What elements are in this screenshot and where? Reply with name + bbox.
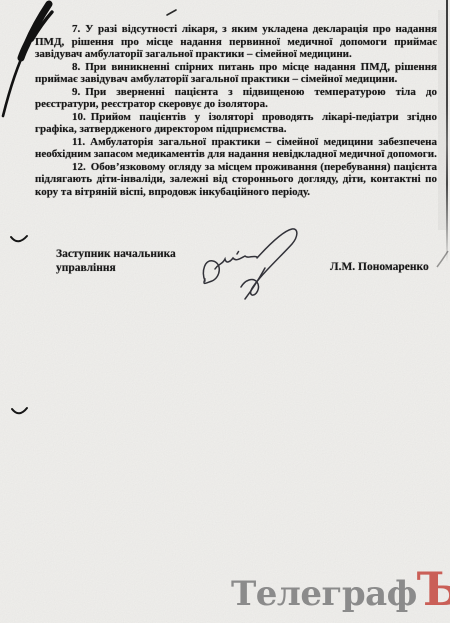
watermark-gray-text: Телеграф [231,574,417,614]
paragraph-number: 11. [72,136,85,148]
stray-dash-mark [167,10,176,15]
paragraph-10: 10.Прийом пацієнтів у ізоляторі проводят… [35,111,437,136]
paragraph-number: 7. [72,23,80,35]
signer-name: Л.М. Пономаренко [330,261,442,273]
scan-edge-line [446,0,448,262]
paragraph-text: У разі відсутності лікаря, з яким укладе… [35,23,437,60]
watermark-red-letter: Ъ [417,562,450,616]
paragraph-number: 12. [72,161,86,173]
paragraph-text: Прийом пацієнтів у ізоляторі проводять л… [35,111,437,136]
scanned-document-page: 7.У разі відсутності лікаря, з яким укла… [0,0,450,623]
signer-position-line2: управління [56,262,206,276]
paragraph-text: Амбулаторія загальної практики – сімейно… [35,136,437,161]
paragraph-text: Обов’язковому огляду за місцем проживанн… [35,161,437,198]
paragraph-12: 12.Обов’язковому огляду за місцем прожив… [35,161,437,199]
scan-edge-shade [438,10,446,230]
margin-check-mark [12,408,27,413]
paragraph-number: 9. [72,86,80,98]
margin-check-mark [11,236,27,241]
paragraph-8: 8.При виникненні спірних питань про місц… [35,61,437,86]
signature-handwriting [203,229,296,299]
document-body: 7.У разі відсутності лікаря, з яким укла… [35,23,437,198]
paragraph-text: При зверненні пацієнта з підвищеною темп… [35,86,437,111]
paragraph-11: 11.Амбулаторія загальної практики – сіме… [35,136,437,161]
signer-position-line1: Заступник начальника [56,248,206,262]
signer-position: Заступник начальника управління [56,248,206,275]
paragraph-number: 10. [72,111,86,123]
paragraph-number: 8. [72,61,80,73]
paragraph-text: При виникненні спірних питань про місце … [35,61,437,86]
telegraf-watermark: ТелеграфЪ [231,566,450,612]
paragraph-7: 7.У разі відсутності лікаря, з яким укла… [35,23,437,61]
paragraph-9: 9.При зверненні пацієнта з підвищеною те… [35,86,437,111]
